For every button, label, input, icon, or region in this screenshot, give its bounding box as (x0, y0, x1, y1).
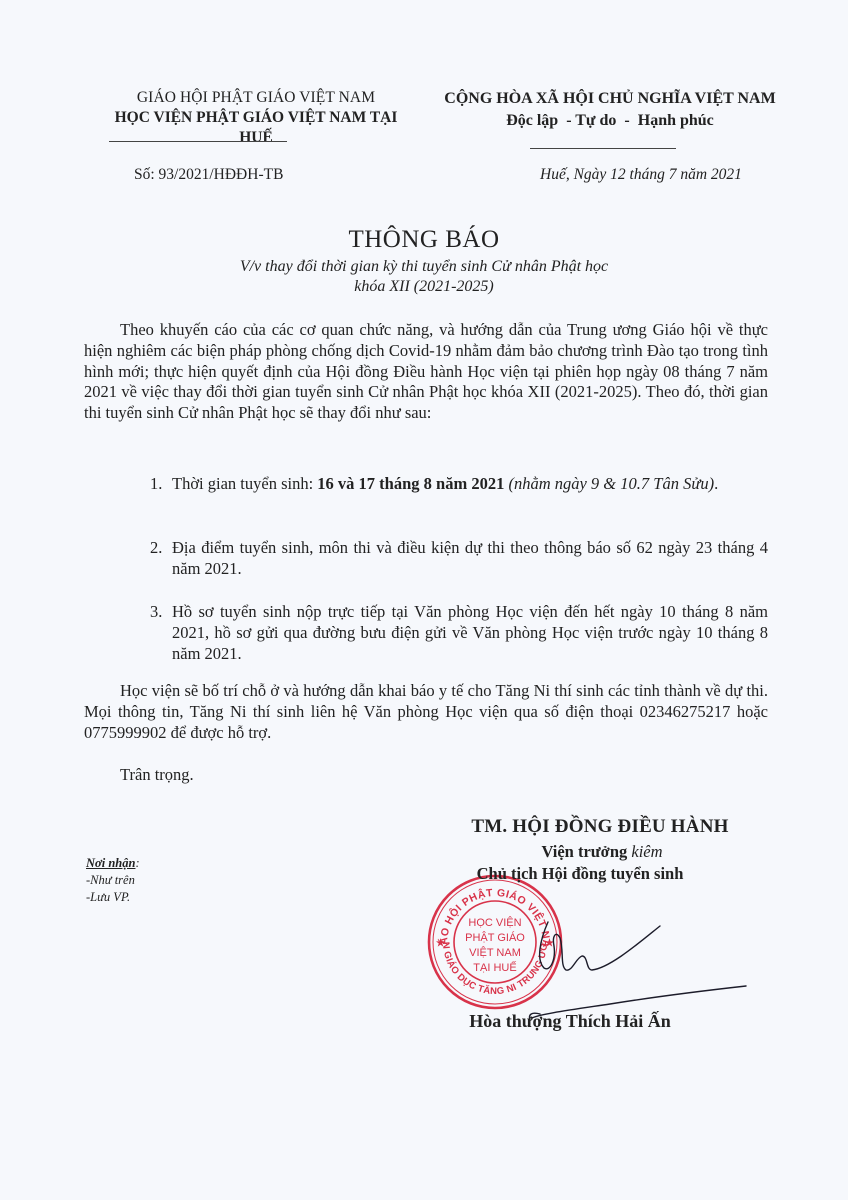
recipient-item: -Như trên (86, 872, 140, 889)
list-number: 1. (150, 473, 162, 494)
svg-text:★: ★ (436, 938, 445, 949)
signer-name: Hòa thượng Thích Hải Ấn (420, 1011, 720, 1032)
lunar-dates-note: (nhằm ngày 9 & 10.7 Tân Sửu) (504, 474, 714, 493)
signer-role-line-2: Chủ tịch Hội đồng tuyển sinh (430, 864, 730, 884)
recipients-label: Nơi nhận (86, 856, 135, 870)
organization-name: HỌC VIỆN PHẬT GIÁO VIỆT NAM TẠI HUẾ (96, 108, 416, 148)
exam-dates: 16 và 17 tháng 8 năm 2021 (317, 474, 504, 493)
national-motto: Độc lập - Tự do - Hạnh phúc (430, 110, 790, 132)
intro-paragraph: Theo khuyến cáo của các cơ quan chức năn… (84, 320, 768, 424)
document-number: Số: 93/2021/HĐĐH-TB (134, 166, 283, 184)
recipient-item: -Lưu VP. (86, 889, 140, 906)
role-text: Viện trưởng (541, 842, 631, 861)
list-item: 2. Địa điểm tuyển sinh, môn thi và điều … (146, 537, 768, 579)
list-item: 1. Thời gian tuyển sinh: 16 và 17 tháng … (146, 473, 768, 494)
subject-line-1: V/v thay đổi thời gian kỳ thi tuyển sinh… (0, 257, 848, 277)
document-subject: V/v thay đổi thời gian kỳ thi tuyển sinh… (0, 257, 848, 297)
list-item: 3. Hồ sơ tuyển sinh nộp trực tiếp tại Vă… (146, 601, 768, 664)
list-text: Địa điểm tuyển sinh, môn thi và điều kiệ… (172, 538, 768, 578)
list-number: 2. (150, 537, 162, 558)
parent-organization: GIÁO HỘI PHẬT GIÁO VIỆT NAM (96, 88, 416, 108)
signer-role-line-1: Viện trưởng kiêm (452, 842, 752, 862)
issuer-header: GIÁO HỘI PHẬT GIÁO VIỆT NAM HỌC VIỆN PHẬ… (96, 88, 416, 148)
signing-authority: TM. HỘI ĐỒNG ĐIỀU HÀNH (420, 816, 780, 838)
list-text: Thời gian tuyển sinh: (172, 474, 317, 493)
role-concurrent: kiêm (631, 842, 662, 861)
recipients-block: Nơi nhận: -Như trên -Lưu VP. (86, 855, 140, 906)
country-name: CỘNG HÒA XÃ HỘI CHỦ NGHĨA VIỆT NAM (430, 88, 790, 110)
national-header: CỘNG HÒA XÃ HỘI CHỦ NGHĨA VIỆT NAM Độc l… (430, 88, 790, 132)
list-number: 3. (150, 601, 162, 622)
header-divider-right (530, 148, 676, 149)
closing-salutation: Trân trọng. (120, 765, 194, 785)
subject-line-2: khóa XII (2021-2025) (0, 277, 848, 297)
document-page: GIÁO HỘI PHẬT GIÁO VIỆT NAM HỌC VIỆN PHẬ… (0, 0, 848, 1200)
document-title: THÔNG BÁO (0, 226, 848, 254)
list-text: Hồ sơ tuyển sinh nộp trực tiếp tại Văn p… (172, 602, 768, 663)
support-paragraph: Học viện sẽ bố trí chỗ ở và hướng dẫn kh… (84, 681, 768, 743)
place-and-date: Huế, Ngày 12 tháng 7 năm 2021 (540, 166, 742, 184)
list-suffix: . (714, 474, 718, 493)
header-divider-left (109, 141, 287, 142)
recipients-colon: : (135, 856, 139, 870)
